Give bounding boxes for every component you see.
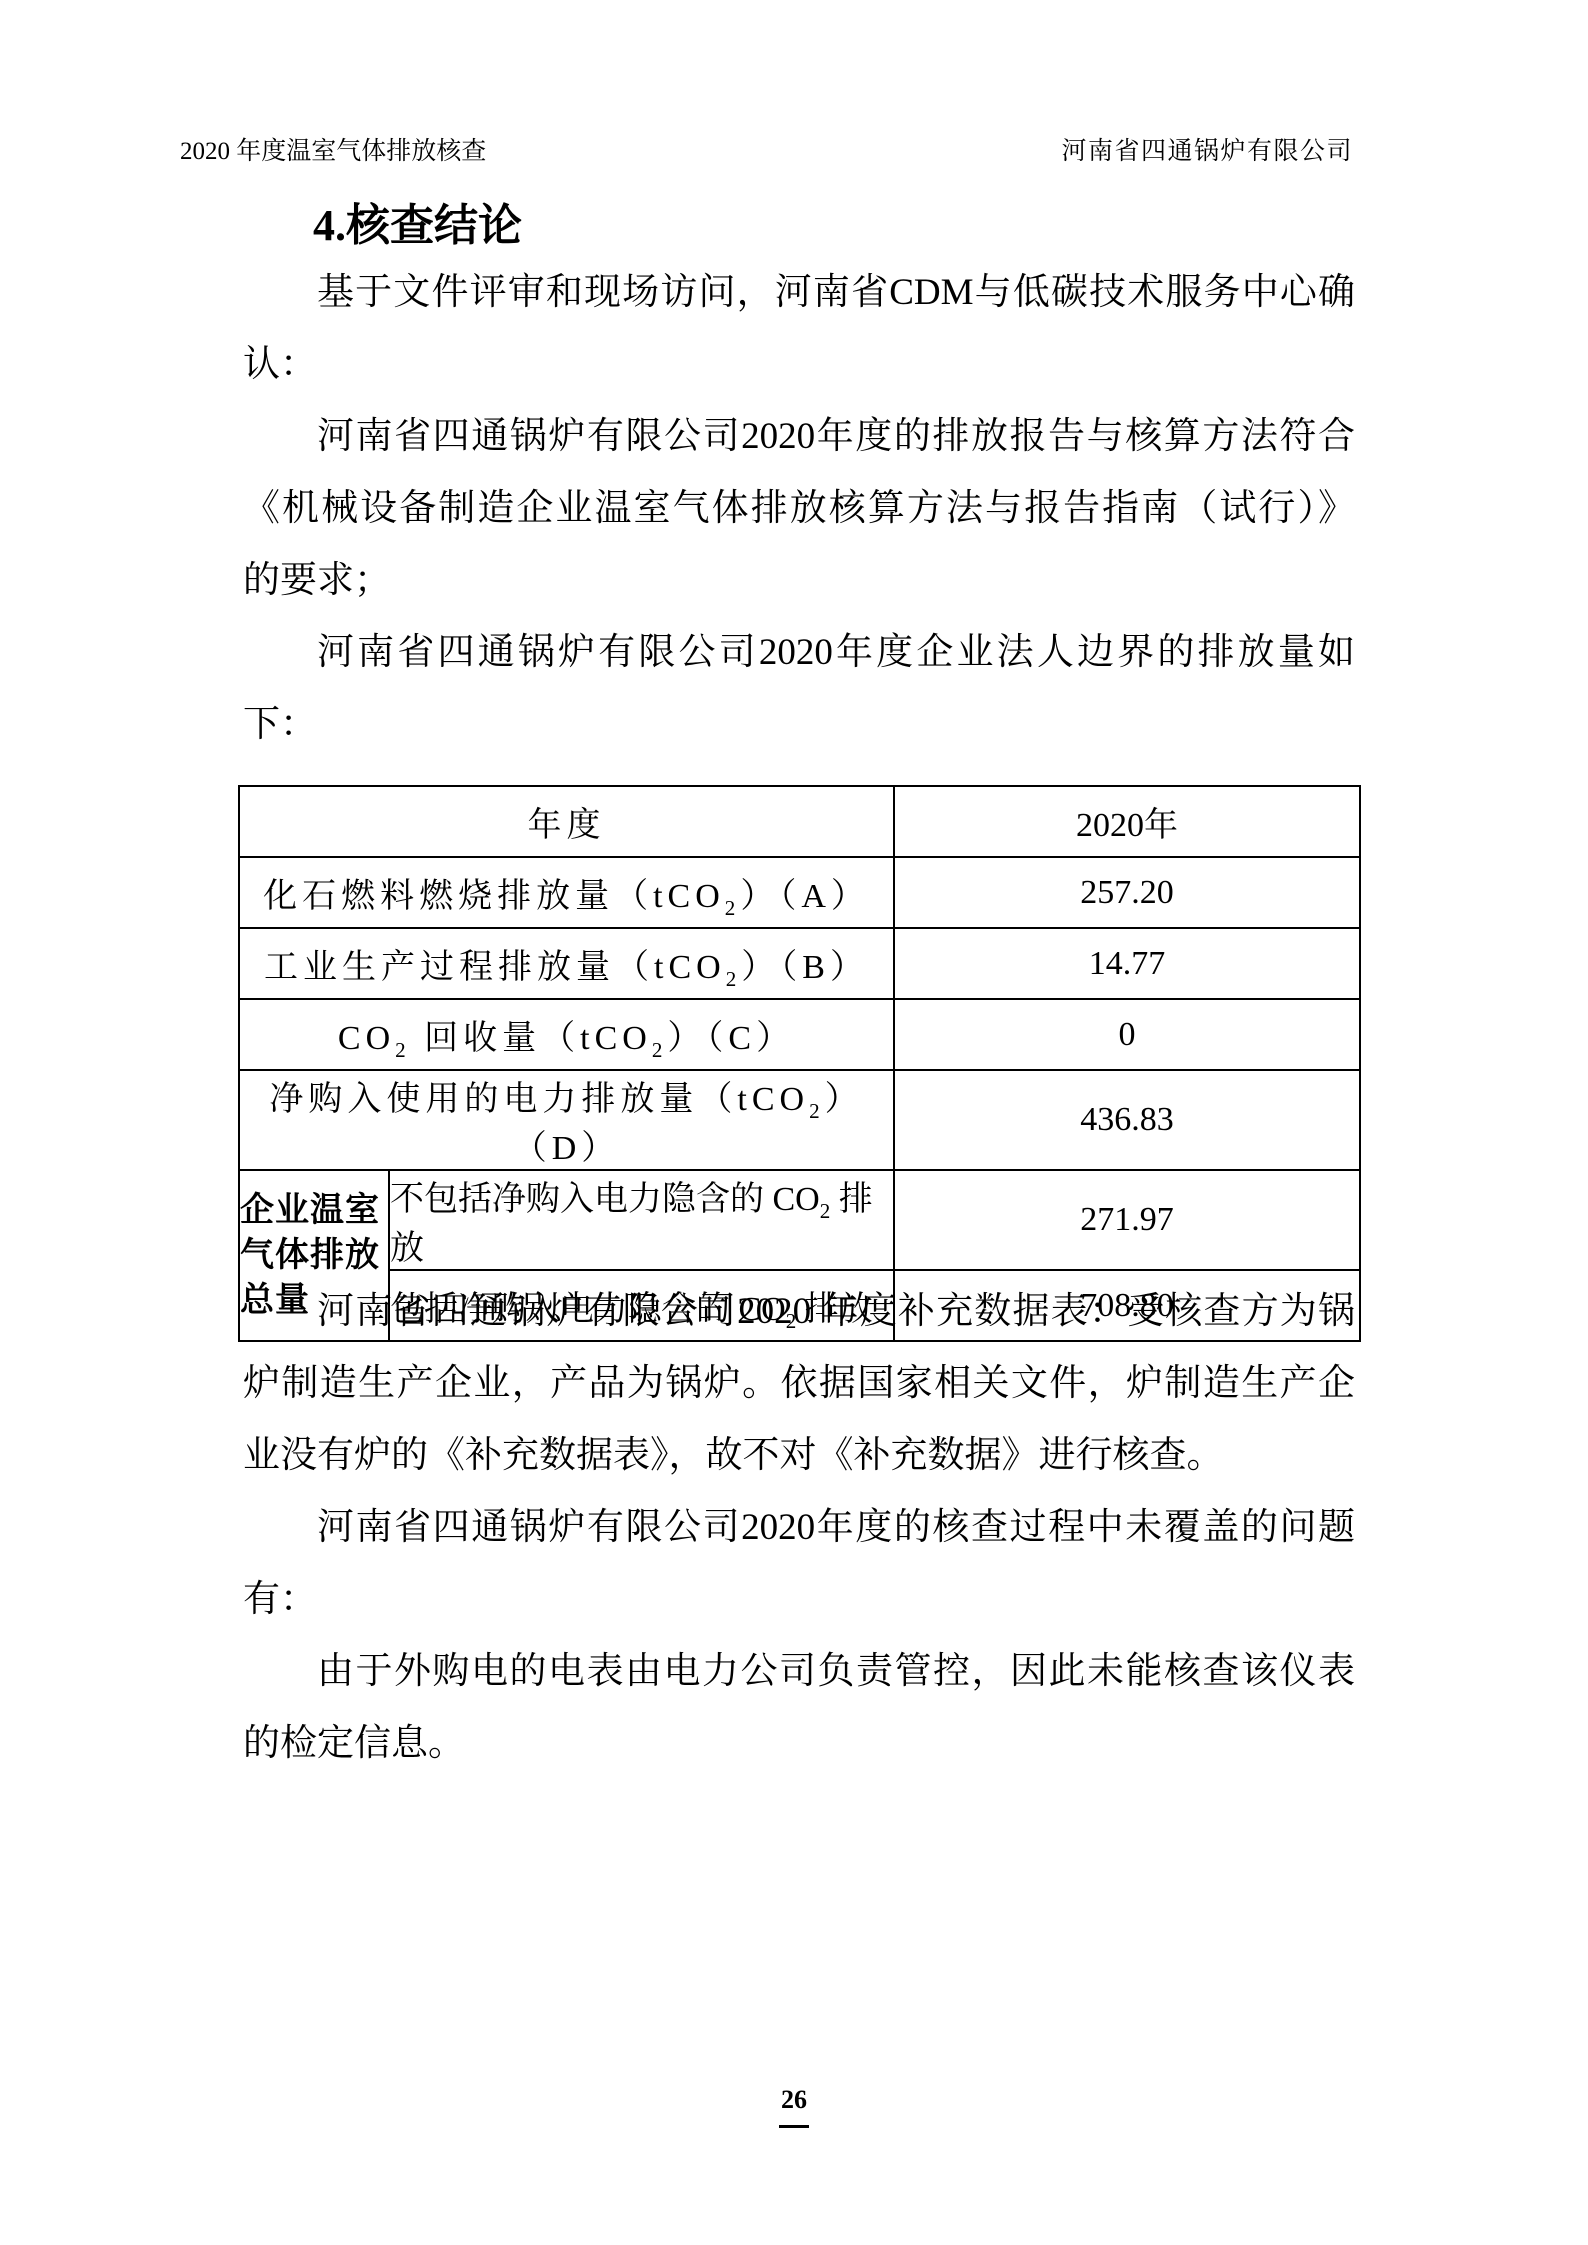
page-footer: 26 <box>0 2085 1588 2128</box>
table-group-row: 企业温室气体排放总量不包括净购入电力隐含的 CO2 排放271.97 <box>239 1170 1360 1270</box>
header-left-text: 2020 年度温室气体排放核查 <box>180 133 486 171</box>
paragraph-line: 基于文件评审和现场访问，河南省CDM与低碳技术服务中心确 <box>243 257 1355 329</box>
paragraph-line: 业没有炉的《补充数据表》，故不对《补充数据》进行核查。 <box>243 1420 1355 1492</box>
row-label: 净购入使用的电力排放量（tCO2）（D） <box>239 1070 894 1170</box>
paragraph-line: 河南省四通锅炉有限公司2020年度的核查过程中未覆盖的问题 <box>243 1492 1355 1564</box>
paragraph-line: 的检定信息。 <box>243 1708 1355 1780</box>
row-value: 257.20 <box>894 857 1360 928</box>
row-value: 14.77 <box>894 928 1360 999</box>
paragraph-line: 炉制造生产企业，产品为锅炉。依据国家相关文件，炉制造生产企 <box>243 1348 1355 1420</box>
document-page: 2020 年度温室气体排放核查 河南省四通锅炉有限公司 4.核查结论 基于文件评… <box>0 0 1588 2245</box>
table-row: 工业生产过程排放量（tCO2）（B）14.77 <box>239 928 1360 999</box>
row-label: CO2 回收量（tCO2）（C） <box>239 999 894 1070</box>
paragraphs-top: 基于文件评审和现场访问，河南省CDM与低碳技术服务中心确认：河南省四通锅炉有限公… <box>243 257 1355 761</box>
paragraph-line: 的要求； <box>243 545 1355 617</box>
paragraph-line: 河南省四通锅炉有限公司2020年度的排放报告与核算方法符合 <box>243 401 1355 473</box>
footer-dash <box>779 2125 809 2128</box>
page-header: 2020 年度温室气体排放核查 河南省四通锅炉有限公司 <box>180 133 1353 171</box>
row-label: 工业生产过程排放量（tCO2）（B） <box>239 928 894 999</box>
row-value: 271.97 <box>894 1170 1360 1270</box>
table-row: CO2 回收量（tCO2）（C）0 <box>239 999 1360 1070</box>
paragraph-line: 河南省四通锅炉有限公司2020 年度补充数据表：受核查方为锅 <box>243 1276 1355 1348</box>
paragraph-line: 下： <box>243 689 1355 761</box>
paragraph-line: 认： <box>243 329 1355 401</box>
row-label: 年度 <box>239 786 894 857</box>
paragraph-line: 河南省四通锅炉有限公司2020年度企业法人边界的排放量如 <box>243 617 1355 689</box>
paragraph-line: 《机械设备制造企业温室气体排放核算方法与报告指南（试行）》 <box>243 473 1355 545</box>
row-value: 2020年 <box>894 786 1360 857</box>
paragraph-line: 有： <box>243 1564 1355 1636</box>
paragraphs-bottom: 河南省四通锅炉有限公司2020 年度补充数据表：受核查方为锅炉制造生产企业，产品… <box>243 1276 1355 1780</box>
row-value: 0 <box>894 999 1360 1070</box>
table-row: 化石燃料燃烧排放量（tCO2）（A）257.20 <box>239 857 1360 928</box>
paragraph-line: 由于外购电的电表由电力公司负责管控，因此未能核查该仪表 <box>243 1636 1355 1708</box>
row-label: 不包括净购入电力隐含的 CO2 排放 <box>389 1170 894 1270</box>
section-title: 4.核查结论 <box>313 200 522 252</box>
row-value: 436.83 <box>894 1070 1360 1170</box>
header-right-text: 河南省四通锅炉有限公司 <box>1061 133 1353 171</box>
row-label: 化石燃料燃烧排放量（tCO2）（A） <box>239 857 894 928</box>
page-number: 26 <box>781 2085 807 2115</box>
emissions-table: 年度2020年化石燃料燃烧排放量（tCO2）（A）257.20工业生产过程排放量… <box>238 785 1361 1342</box>
table-row: 年度2020年 <box>239 786 1360 857</box>
table-row: 净购入使用的电力排放量（tCO2）（D）436.83 <box>239 1070 1360 1170</box>
